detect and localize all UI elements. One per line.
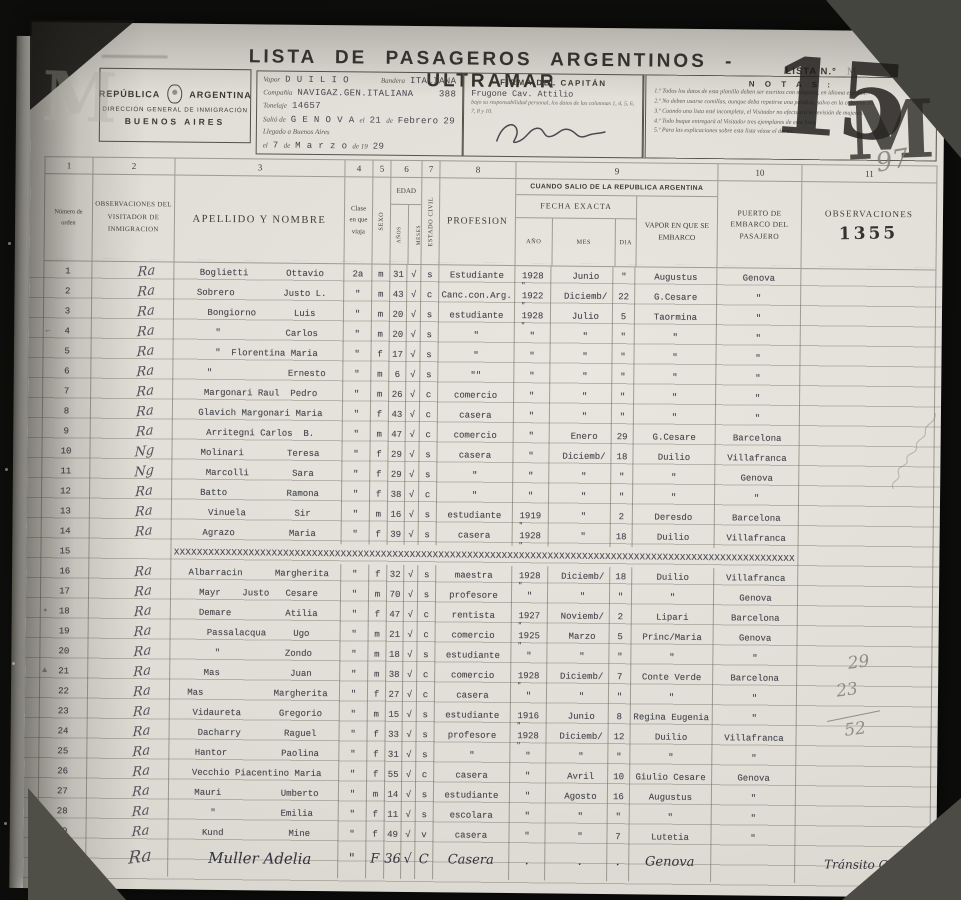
cell-clase: " — [343, 344, 371, 364]
cell-clase: " — [340, 684, 368, 704]
cell-estado-civil: s — [416, 805, 434, 825]
cell-sexo: m — [367, 785, 385, 805]
cell-edad-meses-check: √ — [404, 565, 418, 585]
cell-sexo: m — [371, 365, 389, 385]
cell-estado-civil: c — [421, 285, 439, 305]
cell-ano: 1916" — [511, 706, 547, 726]
header-estado-civil: ESTADO CIVIL — [421, 178, 440, 264]
cell-edad-meses-check: √ — [403, 645, 417, 665]
cell-puerto: " — [716, 408, 800, 429]
issuing-authority-box: REPÚBLICA ARGENTINA DIRECCIÓN GENERAL DE… — [99, 68, 252, 144]
cell-estado-civil: s — [416, 745, 434, 765]
ship-details-form: VaporD U I L I O BanderaITALIANA Compañí… — [256, 70, 464, 156]
cell-dia: 29 — [612, 427, 634, 447]
row-number: 27 — [39, 781, 87, 802]
cell-vapor: " — [630, 807, 712, 828]
visitador-mark: Ra — [135, 382, 154, 403]
cell-sexo: m — [371, 425, 389, 445]
cell-sexo: f — [370, 445, 388, 465]
coat-of-arms-icon — [167, 84, 182, 103]
row-number: 5 — [43, 341, 91, 362]
cell-vapor: " — [633, 467, 715, 488]
captain-box-title: FIRMA DEL CAPITÁN — [471, 78, 635, 89]
cell-edad-meses-check: √ — [402, 785, 416, 805]
cell-mes: " — [549, 486, 611, 507]
cell-mes: " — [546, 806, 608, 827]
cell-puerto: " — [715, 488, 799, 509]
visitador-mark: Ra — [132, 742, 151, 763]
salida-ano-value: 29 — [443, 116, 455, 126]
cell-sexo: f — [369, 565, 387, 585]
cell-estado-civil: s — [419, 445, 437, 465]
cell-edad-meses-check: √ — [404, 605, 418, 625]
cell-vapor: " — [631, 687, 713, 708]
cell-apellido-nombre: Margonari Raul Pedro — [173, 382, 343, 404]
cell-dia: 8 — [609, 707, 631, 727]
cell-clase: " — [339, 724, 367, 744]
cell-clase: " — [339, 804, 367, 824]
dust-speck — [8, 242, 11, 245]
cell-mes: " — [550, 386, 612, 407]
cell-apellido-nombre: Mayr Justo Cesare — [171, 582, 341, 604]
cell-sexo: f — [368, 685, 386, 705]
cell-puerto: " — [716, 388, 800, 409]
cell-sexo: m — [370, 505, 388, 525]
cell-edad-anos: 29 — [388, 465, 405, 485]
cell-estado-civil: s — [421, 325, 439, 345]
cell-edad-meses-check: √ — [402, 805, 416, 825]
cell-puerto: Villafranca — [715, 528, 799, 549]
cell-profesion: comercio — [435, 625, 511, 646]
visitador-mark-cell: Ra — [86, 822, 168, 843]
column-number: 3 — [175, 159, 345, 177]
visitador-mark-cell: Ra — [91, 402, 173, 423]
cell-ano: 1925" — [511, 626, 547, 646]
cell-sexo: m — [371, 385, 389, 405]
cell-estado-civil: c — [416, 765, 434, 785]
llegada-dia-value: 7 — [273, 140, 279, 150]
cell-vapor: Duilio — [632, 567, 714, 588]
cell-sexo: m — [372, 305, 390, 325]
cell-edad-anos: 17 — [389, 345, 406, 365]
cell-sexo: f — [367, 745, 385, 765]
cell-vapor: Augustus — [635, 267, 717, 288]
cell-observaciones — [801, 269, 936, 290]
cell-apellido-nombre: Kund Mine — [168, 822, 338, 844]
visitador-mark-cell: Ra — [87, 802, 169, 823]
header-numero-orden: Número de orden — [45, 174, 94, 260]
cell-edad-anos: 43 — [390, 285, 407, 305]
cell-profesion: estudiante — [435, 705, 511, 726]
cell-apellido-nombre: Hantor Paolina — [169, 742, 339, 764]
cell-profesion: profesore — [434, 725, 510, 746]
cell-vapor: Duilio — [633, 447, 715, 468]
cell-edad-meses-check: √ — [405, 485, 419, 505]
cell-profesion: rentista — [436, 605, 512, 626]
cell-estado-civil: s — [416, 785, 434, 805]
salida-dia-value: 21 — [370, 115, 382, 125]
cell-dia: " — [613, 327, 635, 347]
cell-edad-anos: 33 — [385, 725, 402, 745]
cell-mes: Diciemb/ — [549, 446, 611, 467]
column-number: 1 — [45, 157, 93, 174]
cell-ano: 1922" — [515, 286, 551, 306]
bandera-value: ITALIANA — [410, 76, 457, 86]
scanned-passenger-list-photo: LISTA DE PASAGEROS ARGENTINOS - ULTRAMAR… — [0, 0, 961, 900]
cell-profesion: estudiante — [439, 305, 515, 326]
cell-vapor: " — [634, 367, 716, 388]
cell-vapor: Taormina — [635, 307, 717, 328]
cell-edad-meses-check: √ — [401, 845, 415, 879]
cell-edad-anos: 38 — [386, 665, 403, 685]
cell-vapor: Augustus — [630, 787, 712, 808]
cell-puerto: Genova — [717, 268, 801, 289]
visitador-mark: Ra — [131, 782, 150, 803]
cell-edad-meses-check: √ — [405, 445, 419, 465]
cell-puerto: Villafranca — [714, 568, 798, 589]
row-number: ▲21 — [40, 661, 88, 682]
cell-edad-anos: 32 — [387, 565, 404, 585]
cell-edad-meses-check: √ — [402, 725, 416, 745]
cell-apellido-nombre: Passalacqua Ugo — [171, 622, 341, 644]
llegada-ano-value: 29 — [373, 142, 385, 152]
dust-speck — [12, 662, 15, 665]
visitador-mark-cell: Ra — [88, 682, 170, 703]
cell-apellido-nombre: Marcolli Sara — [172, 462, 342, 484]
cell-sexo: f — [367, 725, 385, 745]
cell-observaciones — [800, 389, 935, 410]
cell-mes: " — [550, 406, 612, 427]
visitador-mark-cell: Ra — [87, 762, 169, 783]
header-profesion: PROFESION — [439, 178, 516, 265]
cell-clase: " — [342, 464, 370, 484]
cell-estado-civil: s — [420, 365, 438, 385]
cell-estado-civil: c — [418, 605, 436, 625]
column-number: 2 — [93, 158, 175, 175]
captain-signature-box: FIRMA DEL CAPITÁN Frugone Cav. Attilio b… — [463, 73, 644, 159]
cell-observaciones — [798, 609, 933, 630]
header-edad-anos: AÑOS — [390, 205, 408, 264]
cell-puerto: " — [712, 808, 796, 829]
cell-puerto: Villafranca — [715, 448, 799, 469]
visitador-mark: Ra — [136, 362, 155, 383]
cell-dia: 10 — [608, 767, 630, 787]
header-observaciones: OBSERVACIONES 1355 — [801, 182, 937, 269]
row-number: 8 — [43, 401, 91, 422]
cell-apellido-nombre: " Zondo — [170, 642, 340, 664]
tonelaje-value: 14657 — [292, 101, 321, 111]
cell-dia: 16 — [608, 787, 630, 807]
column-number: 7 — [422, 161, 440, 177]
cell-ano: " — [512, 586, 548, 606]
cell-vapor: Lipari — [632, 607, 714, 628]
visitador-mark: Ng — [134, 462, 154, 483]
cell-profesion: Casera — [433, 845, 509, 880]
cell-edad-anos: 14 — [385, 785, 402, 805]
cell-sexo: m — [372, 285, 390, 305]
cell-apellido-nombre: " Ernesto — [173, 362, 343, 384]
salida-puerto-value: G E N O V A — [291, 114, 355, 125]
visitador-mark-cell: Ra — [90, 522, 172, 543]
cell-dia: " — [611, 487, 633, 507]
cell-dia: 7 — [609, 667, 631, 687]
cell-edad-anos: 47 — [389, 425, 406, 445]
cell-mes: Noviemb/ — [548, 606, 610, 627]
cell-puerto: " — [713, 688, 797, 709]
cell-ano: 1928" — [510, 726, 546, 746]
visitador-mark-cell: Ra — [90, 502, 172, 523]
cell-ano: " — [511, 646, 547, 666]
cell-profesion: estudiante — [434, 785, 510, 806]
cell-mes: " — [549, 506, 611, 527]
cell-vapor: Giulio Cesare — [630, 767, 712, 788]
cell-observaciones — [799, 529, 934, 550]
column-number: 10 — [718, 164, 802, 181]
row-number: 17 — [41, 581, 89, 602]
cell-apellido-nombre: Mas Juan — [170, 662, 340, 684]
cell-observaciones — [799, 489, 934, 510]
cell-vapor: Duilio — [633, 527, 715, 548]
cell-profesion: " — [437, 465, 513, 486]
direccion-label: DIRECCIÓN GENERAL DE INMIGRACIÓN — [102, 106, 247, 115]
cell-observaciones — [798, 569, 933, 590]
row-number: 2 — [44, 281, 92, 302]
row-number: 16 — [41, 561, 89, 582]
cell-profesion: estudiante — [435, 645, 511, 666]
cell-mes: Junio — [551, 266, 613, 287]
pencil-margin-mark: ▲ — [42, 661, 47, 681]
cell-vapor: " — [631, 647, 713, 668]
cell-vapor: " — [635, 327, 717, 348]
row-number: 23 — [40, 701, 88, 722]
cell-ano: " — [509, 826, 545, 846]
cell-edad-meses-check: √ — [401, 825, 415, 845]
cell-profesion: maestra — [436, 565, 512, 586]
cell-mes: Julio — [551, 306, 613, 327]
visitador-mark: Ra — [137, 262, 156, 283]
cell-edad-meses-check: √ — [403, 705, 417, 725]
cell-edad-meses-check: √ — [406, 405, 420, 425]
cell-edad-meses-check: √ — [405, 525, 419, 545]
cell-edad-meses-check: √ — [407, 265, 421, 285]
cell-mes: " — [550, 366, 612, 387]
row-number: ✦18 — [41, 601, 89, 622]
cell-ano: . — [509, 846, 545, 880]
cell-profesion: escolara — [434, 805, 510, 826]
cell-mes: " — [547, 686, 609, 707]
cell-edad-meses-check: √ — [404, 585, 418, 605]
visitador-mark: Ra — [133, 562, 152, 583]
cell-puerto: Genova — [712, 768, 796, 789]
cell-vapor: " — [634, 387, 716, 408]
cell-profesion: " — [434, 745, 510, 766]
cell-dia: 18 — [610, 567, 632, 587]
cell-apellido-nombre: Mas Margherita — [170, 682, 340, 704]
cell-ano: " — [514, 406, 550, 426]
cell-edad-meses-check: √ — [403, 665, 417, 685]
cell-dia: " — [611, 467, 633, 487]
cell-profesion: profesore — [436, 585, 512, 606]
cell-mes: . — [545, 846, 607, 881]
cell-estado-civil: c — [417, 625, 435, 645]
cell-profesion: estudiante — [437, 505, 513, 526]
cell-apellido-nombre: Mauri Umberto — [169, 782, 339, 804]
cell-clase: " — [338, 824, 366, 844]
visitador-mark-cell: Ra — [88, 662, 170, 683]
cell-profesion: " — [437, 485, 513, 506]
cell-estado-civil: s — [421, 265, 439, 285]
cell-mes: Agosto — [546, 786, 608, 807]
cell-clase: " — [339, 744, 367, 764]
cell-apellido-nombre: Bongiorno Luis — [174, 303, 344, 325]
visitador-mark-cell: Ra — [89, 622, 171, 643]
cell-ano: " — [513, 446, 549, 466]
cell-profesion: casera — [437, 445, 513, 466]
cell-sexo: m — [368, 625, 386, 645]
visitador-mark-cell: Ra — [92, 322, 174, 343]
cell-vapor: " — [630, 747, 712, 768]
visitador-mark: Ra — [133, 622, 152, 643]
ciudad-label: BUENOS AIRES — [125, 116, 225, 127]
cell-estado-civil: c — [417, 665, 435, 685]
visitador-mark-cell: Ra — [88, 642, 170, 663]
visitador-mark-cell: Ra — [90, 482, 172, 503]
header-edad-meses: MESES — [408, 205, 423, 264]
cell-edad-anos: 27 — [386, 685, 403, 705]
cell-clase: " — [342, 444, 370, 464]
visitador-mark: Ra — [132, 722, 151, 743]
cell-sexo: f — [369, 605, 387, 625]
visitador-mark: Ra — [134, 482, 153, 503]
table-header-row: Número de orden OBSERVACIONES DEL VISITA… — [44, 174, 937, 270]
header-cuando-salio: CUANDO SALIO DE LA REPUBLICA ARGENTINA F… — [515, 179, 718, 267]
cell-vapor: Duilio — [630, 727, 712, 748]
cell-apellido-nombre: Vidaureta Gregorio — [170, 702, 340, 724]
cell-edad-meses-check: √ — [403, 625, 417, 645]
cell-edad-meses-check: √ — [407, 325, 421, 345]
cell-puerto: " — [717, 328, 801, 349]
cell-profesion: Estudiante — [439, 265, 515, 286]
row-number: 20 — [40, 641, 88, 662]
cell-puerto — [711, 848, 795, 883]
cell-clase: " — [339, 764, 367, 784]
cell-edad-anos: 11 — [385, 805, 402, 825]
cell-dia: " — [613, 267, 635, 287]
cell-ano: " — [514, 366, 550, 386]
cell-ano: " — [510, 746, 546, 766]
row-number: 10 — [42, 441, 90, 462]
cell-vapor: G.Cesare — [634, 427, 716, 448]
visitador-mark: Ra — [133, 642, 152, 663]
cell-sexo: m — [368, 705, 386, 725]
pencil-number-97: 97 — [874, 143, 912, 178]
visitador-mark: Ra — [133, 602, 152, 623]
row-number: 13 — [42, 501, 90, 522]
visitador-mark: Ra — [132, 662, 151, 683]
cell-puerto: Genova — [715, 468, 799, 489]
cell-ano: 1919" — [513, 506, 549, 526]
cell-clase: " — [342, 504, 370, 524]
cell-estado-civil: s — [416, 725, 434, 745]
cell-edad-anos: 21 — [386, 625, 403, 645]
cell-sexo: f — [370, 485, 388, 505]
visitador-mark: Ra — [136, 282, 155, 303]
cell-clase: " — [344, 304, 372, 324]
cell-puerto: " — [711, 828, 795, 849]
visitador-mark: Ra — [136, 342, 155, 363]
cell-apellido-nombre: " Carlos — [174, 323, 344, 345]
column-number: 6 — [391, 161, 422, 177]
cell-observaciones — [799, 509, 934, 530]
cell-clase: " — [344, 284, 372, 304]
stamp-letter-left: M — [41, 63, 119, 134]
passenger-table: 1234567891011 Número de orden OBSERVACIO… — [37, 156, 937, 884]
cell-apellido-nombre: " Emilia — [169, 802, 339, 824]
cell-vapor: " — [633, 487, 715, 508]
cell-ano: " — [514, 386, 550, 406]
visitador-mark: Ra — [133, 582, 152, 603]
visitador-mark-cell: Ra — [87, 782, 169, 803]
cell-ano: 1928" — [515, 306, 551, 326]
header-sexo: SEXO — [372, 178, 391, 264]
cell-mes: Avril — [546, 766, 608, 787]
cell-apellido-nombre: Arritegni Carlos B. — [173, 422, 343, 444]
cell-dia: " — [610, 587, 632, 607]
cell-sexo: m — [372, 265, 390, 285]
cell-edad-anos: 6 — [389, 365, 406, 385]
cell-mes: Enero — [550, 426, 612, 447]
visitador-mark-cell: Ra — [91, 342, 173, 363]
cell-clase: " — [341, 624, 369, 644]
cell-sexo: f — [366, 825, 384, 845]
row-number: 22 — [40, 681, 88, 702]
cell-edad-anos: 29 — [388, 445, 405, 465]
visitador-mark: Ra — [131, 762, 150, 783]
cell-clase: " — [342, 484, 370, 504]
cell-estado-civil: s — [419, 525, 437, 545]
cell-dia: 2 — [610, 607, 632, 627]
captain-signature — [493, 117, 613, 148]
cell-sexo: f — [371, 405, 389, 425]
row-number: 24 — [39, 721, 87, 742]
cell-apellido-nombre: Batto Ramona — [172, 482, 342, 504]
cell-sexo: m — [368, 665, 386, 685]
cell-profesion: " — [438, 345, 514, 366]
visitador-mark-cell: Ra — [87, 722, 169, 743]
column-number: 5 — [373, 161, 391, 177]
cell-puerto: Villafranca — [712, 728, 796, 749]
cell-apellido-nombre: " Florentina Maria — [173, 343, 343, 365]
cell-edad-anos: 15 — [386, 705, 403, 725]
visitador-mark-cell: Ra — [88, 702, 170, 723]
cell-clase: " — [344, 324, 372, 344]
cell-ano: 1928" — [512, 566, 548, 586]
cell-ano: 1928" — [513, 526, 549, 546]
cell-observaciones — [800, 369, 935, 390]
cell-mes: Marzo — [547, 626, 609, 647]
visitador-mark-cell: Ra — [89, 562, 171, 583]
header-puerto-embarco: PUERTO DE EMBARCO DEL PASAJERO — [717, 181, 802, 268]
header-dia: DIA — [614, 219, 635, 266]
visitador-mark-cell: Ra — [92, 302, 174, 323]
visitador-mark-cell: Ra — [91, 382, 173, 403]
cell-profesion: casera — [437, 525, 513, 546]
cell-observaciones — [801, 289, 936, 310]
cell-observaciones — [796, 769, 931, 790]
cell-vapor: Lutetia — [629, 827, 711, 848]
cell-profesion: casera — [435, 685, 511, 706]
visitador-mark: Ra — [134, 502, 153, 523]
